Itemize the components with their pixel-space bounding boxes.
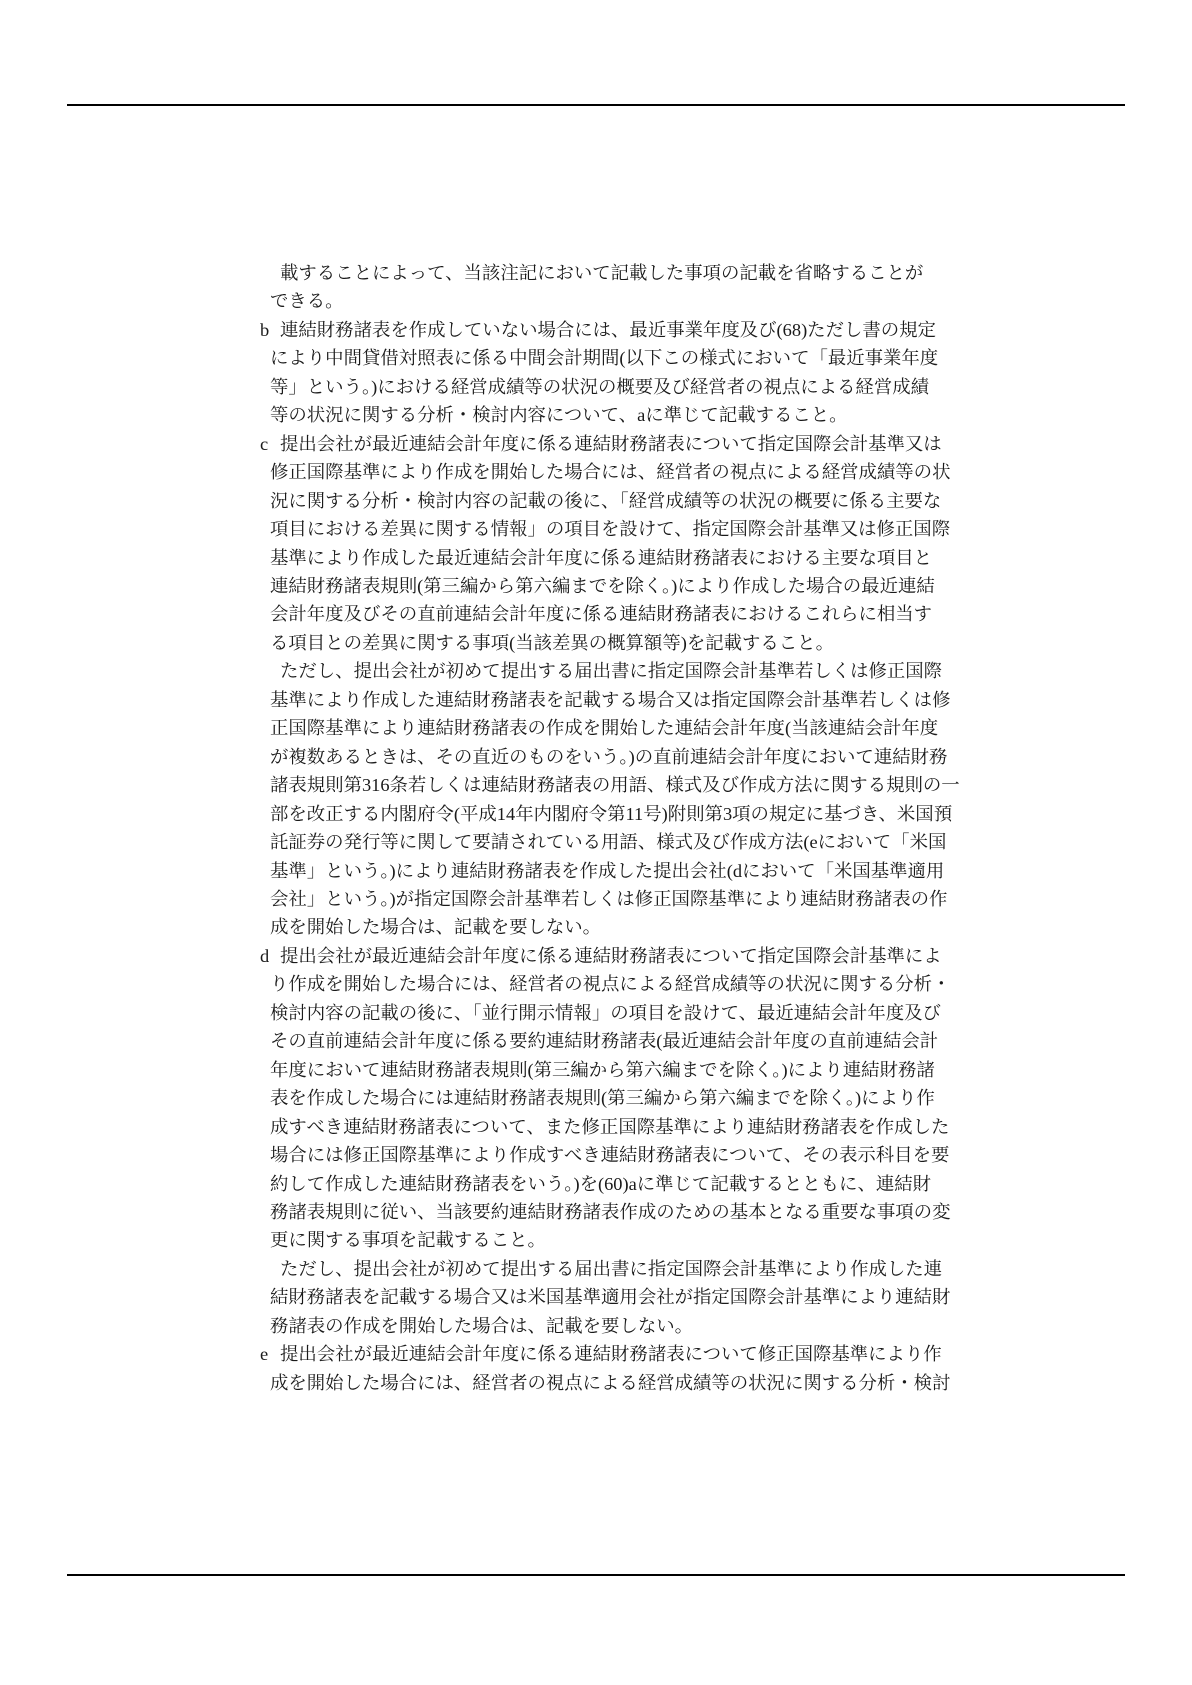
item-marker-c: c (260, 430, 280, 458)
top-rule (67, 104, 1125, 106)
item-marker-d: d (260, 942, 280, 970)
list-item-b: b連結財務諸表を作成していない場合には、最近事業年度及び(68)ただし書の規定 … (260, 316, 962, 430)
list-item-d: d提出会社が最近連結会計年度に係る連結財務諸表について指定国際会計基準によ り作… (260, 942, 962, 1255)
item-marker-e: e (260, 1340, 280, 1368)
paragraph-note: ただし、提出会社が初めて提出する届出書に指定国際会計基準若しくは修正国際 基準に… (260, 657, 962, 942)
paragraph-text: ただし、提出会社が初めて提出する届出書に指定国際会計基準若しくは修正国際 基準に… (270, 661, 960, 937)
paragraph-text: ただし、提出会社が初めて提出する届出書に指定国際会計基準により作成した連 結財務… (270, 1259, 950, 1336)
document-page: 載することによって、当該注記において記載した事項の記載を省略することが できる。… (0, 0, 1192, 1685)
item-marker-b: b (260, 316, 280, 344)
list-item-c: c提出会社が最近連結会計年度に係る連結財務諸表について指定国際会計基準又は 修正… (260, 430, 962, 658)
paragraph-text: 載することによって、当該注記において記載した事項の記載を省略することが できる。 (270, 263, 923, 311)
document-body: 載することによって、当該注記において記載した事項の記載を省略することが できる。… (260, 259, 962, 1397)
bottom-rule (67, 1574, 1125, 1576)
item-text: 提出会社が最近連結会計年度に係る連結財務諸表について修正国際基準により作 成を開… (270, 1344, 950, 1392)
item-text: 連結財務諸表を作成していない場合には、最近事業年度及び(68)ただし書の規定 に… (270, 320, 938, 425)
item-text: 提出会社が最近連結会計年度に係る連結財務諸表について指定国際会計基準によ り作成… (270, 946, 950, 1251)
paragraph-continuation: 載することによって、当該注記において記載した事項の記載を省略することが できる。 (260, 259, 962, 316)
list-item-e: e提出会社が最近連結会計年度に係る連結財務諸表について修正国際基準により作 成を… (260, 1340, 962, 1397)
item-text: 提出会社が最近連結会計年度に係る連結財務諸表について指定国際会計基準又は 修正国… (270, 434, 950, 653)
paragraph-note: ただし、提出会社が初めて提出する届出書に指定国際会計基準により作成した連 結財務… (260, 1255, 962, 1340)
